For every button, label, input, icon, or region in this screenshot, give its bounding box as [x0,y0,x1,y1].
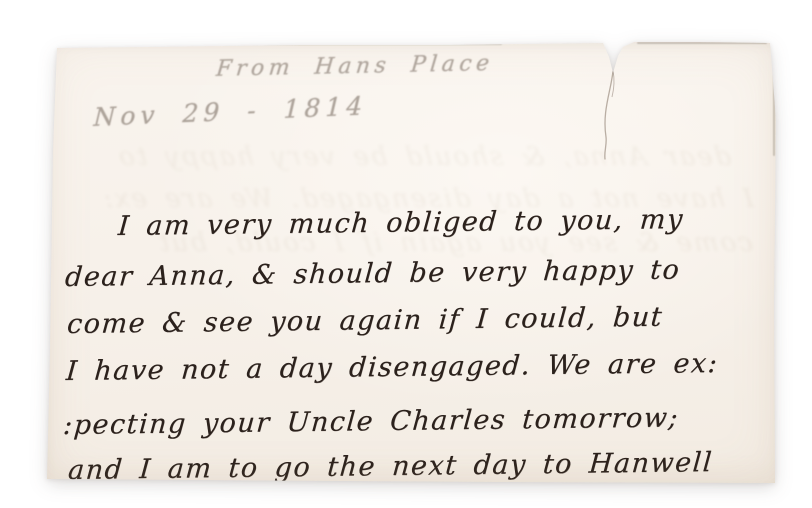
letter-line-3: come & see you again if I could, but [66,303,664,340]
letter-paper: dear Anna, & should be very happy to I h… [47,42,777,484]
letter-line-1: I am very much obliged to you, my [117,205,685,242]
pencil-annotation-date: Nov 29 - 1814 [93,91,368,132]
tear-crack-line [587,67,647,162]
letter-line-4: I have not a day disengaged. We are ex: [65,349,719,387]
paper-edge-shadow [252,43,502,45]
letter-paper-wrapper: dear Anna, & should be very happy to I h… [47,42,777,484]
paper-edge-shadow [637,42,767,44]
pencil-annotation-provenance: From Hans Place [215,51,495,82]
paper-edge-shadow [773,46,775,156]
letter-photograph: dear Anna, & should be very happy to I h… [0,0,812,508]
letter-line-6: and I am to go the next day to Hanwell [67,448,714,486]
letter-line-5: :pecting your Uncle Charles tomorrow; [62,403,680,440]
letter-line-2: dear Anna, & should be very happy to [64,255,681,292]
